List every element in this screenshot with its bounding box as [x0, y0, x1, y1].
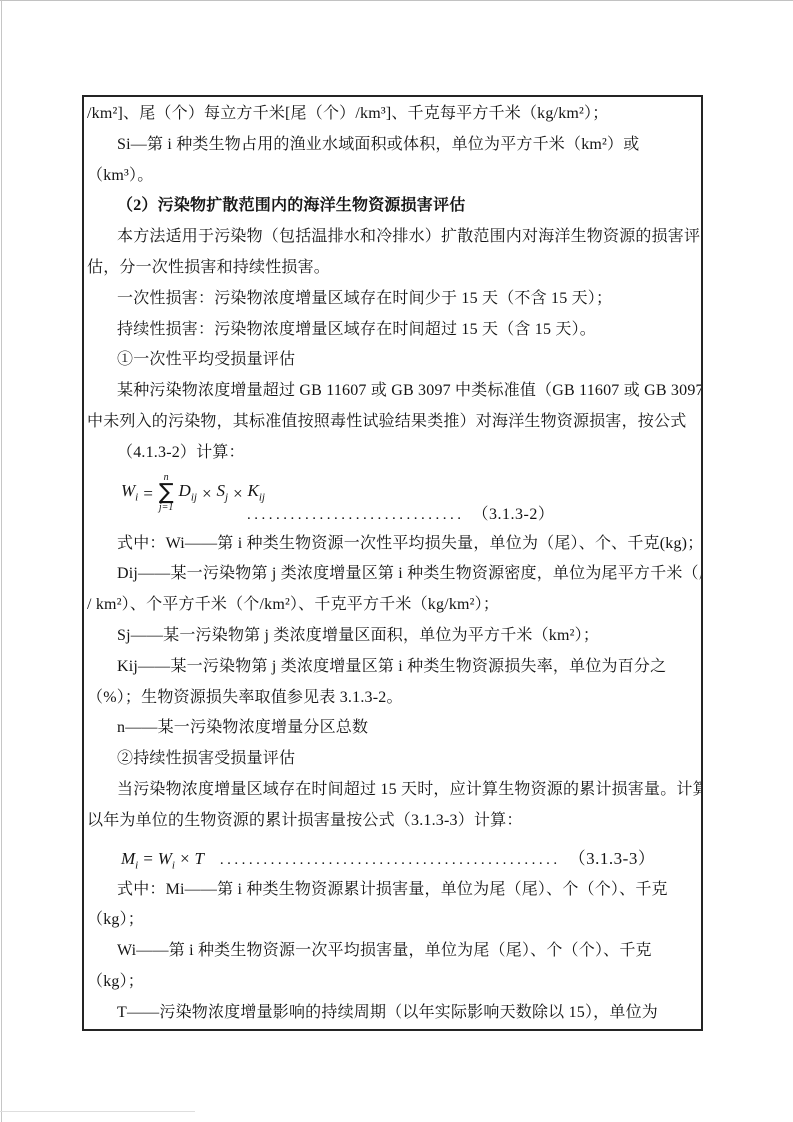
equals-sign: = — [142, 845, 153, 872]
text-line: / km²）、个平方千米（个/km²）、千克平方千米（kg/km²）； — [87, 590, 698, 621]
text-line: （kg）； — [87, 967, 698, 998]
leader-dots: ........................................… — [220, 848, 561, 872]
sum-lower-limit: j=1 — [159, 503, 174, 513]
page-edge-left-line — [1, 0, 2, 1122]
equals-sign: = — [142, 485, 153, 502]
multiply-sign: × — [201, 485, 212, 502]
text-line: Si—第 i 种类生物占用的渔业水域面积或体积，单位为平方千米（km²）或 — [87, 130, 698, 161]
text-line: （4.1.3-2）计算： — [87, 438, 698, 469]
formula-term: T — [194, 845, 203, 872]
text-line: Sj——某一污染物第 j 类浓度增量区面积，单位为平方千米（km²）； — [87, 621, 698, 652]
multiply-sign: × — [179, 845, 190, 872]
sigma-icon: ∑ — [159, 483, 174, 504]
text-line: Dij——某一污染物第 j 类浓度增量区第 i 种类生物资源密度，单位为尾平方千… — [87, 559, 698, 590]
formula-term: Kij — [247, 482, 264, 503]
formula-term: Wi — [158, 845, 175, 875]
formula-lhs: Mi — [121, 845, 138, 875]
formula-3-1-3-2: Wi = n ∑ j=1 Dij × Sj × Kij — [119, 473, 267, 514]
text-line: 当污染物浓度增量区域存在时间超过 15 天时，应计算生物资源的累计损害量。计算 — [87, 775, 698, 806]
text-line: （kg）； — [87, 905, 698, 936]
text-line: n——某一污染物浓度增量分区总数 — [87, 713, 698, 744]
page-edge-bottom-line — [0, 1111, 195, 1112]
leader-dots: .............................. — [247, 508, 465, 523]
section-heading: （2）污染物扩散范围内的海洋生物资源损害评估 — [87, 191, 698, 222]
formula-term: Sj — [216, 482, 228, 503]
text-line: （%）；生物资源损失率取值参见表 3.1.3-2。 — [87, 683, 698, 714]
equation-leader: .............................. （3.1.3-2） — [247, 507, 554, 523]
text-line: 式中：Wi——第 i 种类生物资源一次性平均损失量，单位为（尾）、个、千克(kg… — [87, 529, 698, 560]
text-line: /km²]、尾（个）每立方千米[尾（个）/km³]、千克每平方千米（kg/km²… — [87, 99, 698, 130]
text-line: ①一次性平均受损量评估 — [87, 345, 698, 376]
text-line: 估，分一次性损害和持续性损害。 — [87, 253, 698, 284]
summation-symbol: n ∑ j=1 — [159, 473, 174, 514]
formula-3-1-3-2-block: Wi = n ∑ j=1 Dij × Sj × Kij ............… — [87, 469, 698, 529]
text-line: 中未列入的污染物，其标准值按照毒性试验结果类推）对海洋生物资源损害，按公式 — [87, 407, 698, 438]
text-line: 某种污染物浓度增量超过 GB 11607 或 GB 3097 中类标准值（GB … — [87, 376, 698, 407]
text-line: 持续性损害：污染物浓度增量区域存在时间超过 15 天（含 15 天）。 — [87, 315, 698, 346]
multiply-sign: × — [232, 485, 243, 502]
formula-term: Dij — [179, 482, 197, 503]
page-edge-top-line — [0, 0, 793, 1]
text-line: 以年为单位的生物资源的累计损害量按公式（3.1.3-3）计算： — [87, 806, 698, 837]
text-line: ②持续性损害受损量评估 — [87, 744, 698, 775]
document-page: { "doc": { "lines": [ {"text": "/km²]、尾（… — [0, 0, 793, 1122]
formula-3-1-3-3-block: Mi = Wi × T ............................… — [87, 837, 698, 875]
text-line: Kij——某一污染物第 j 类浓度增量区第 i 种类生物资源损失率，单位为百分之 — [87, 652, 698, 683]
table-cell: /km²]、尾（个）每立方千米[尾（个）/km³]、千克每平方千米（kg/km²… — [82, 95, 703, 1031]
text-line: T——污染物浓度增量影响的持续周期（以年实际影响天数除以 15），单位为 — [87, 998, 698, 1029]
equation-number: （3.1.3-2） — [473, 507, 555, 523]
text-line: （km³）。 — [87, 161, 698, 192]
text-line: 式中：Mi——第 i 种类生物资源累计损害量，单位为尾（尾）、个（个）、千克 — [87, 875, 698, 906]
formula-3-1-3-3: Mi = Wi × T ............................… — [119, 845, 655, 875]
text-line: Wi——第 i 种类生物资源一次平均损害量，单位为尾（尾）、个（个）、千克 — [87, 936, 698, 967]
equation-number: （3.1.3-3） — [569, 845, 656, 872]
text-line: 本方法适用于污染物（包括温排水和冷排水）扩散范围内对海洋生物资源的损害评 — [87, 222, 698, 253]
formula-lhs: Wi — [121, 482, 138, 503]
text-line: 一次性损害：污染物浓度增量区域存在时间少于 15 天（不含 15 天）； — [87, 284, 698, 315]
